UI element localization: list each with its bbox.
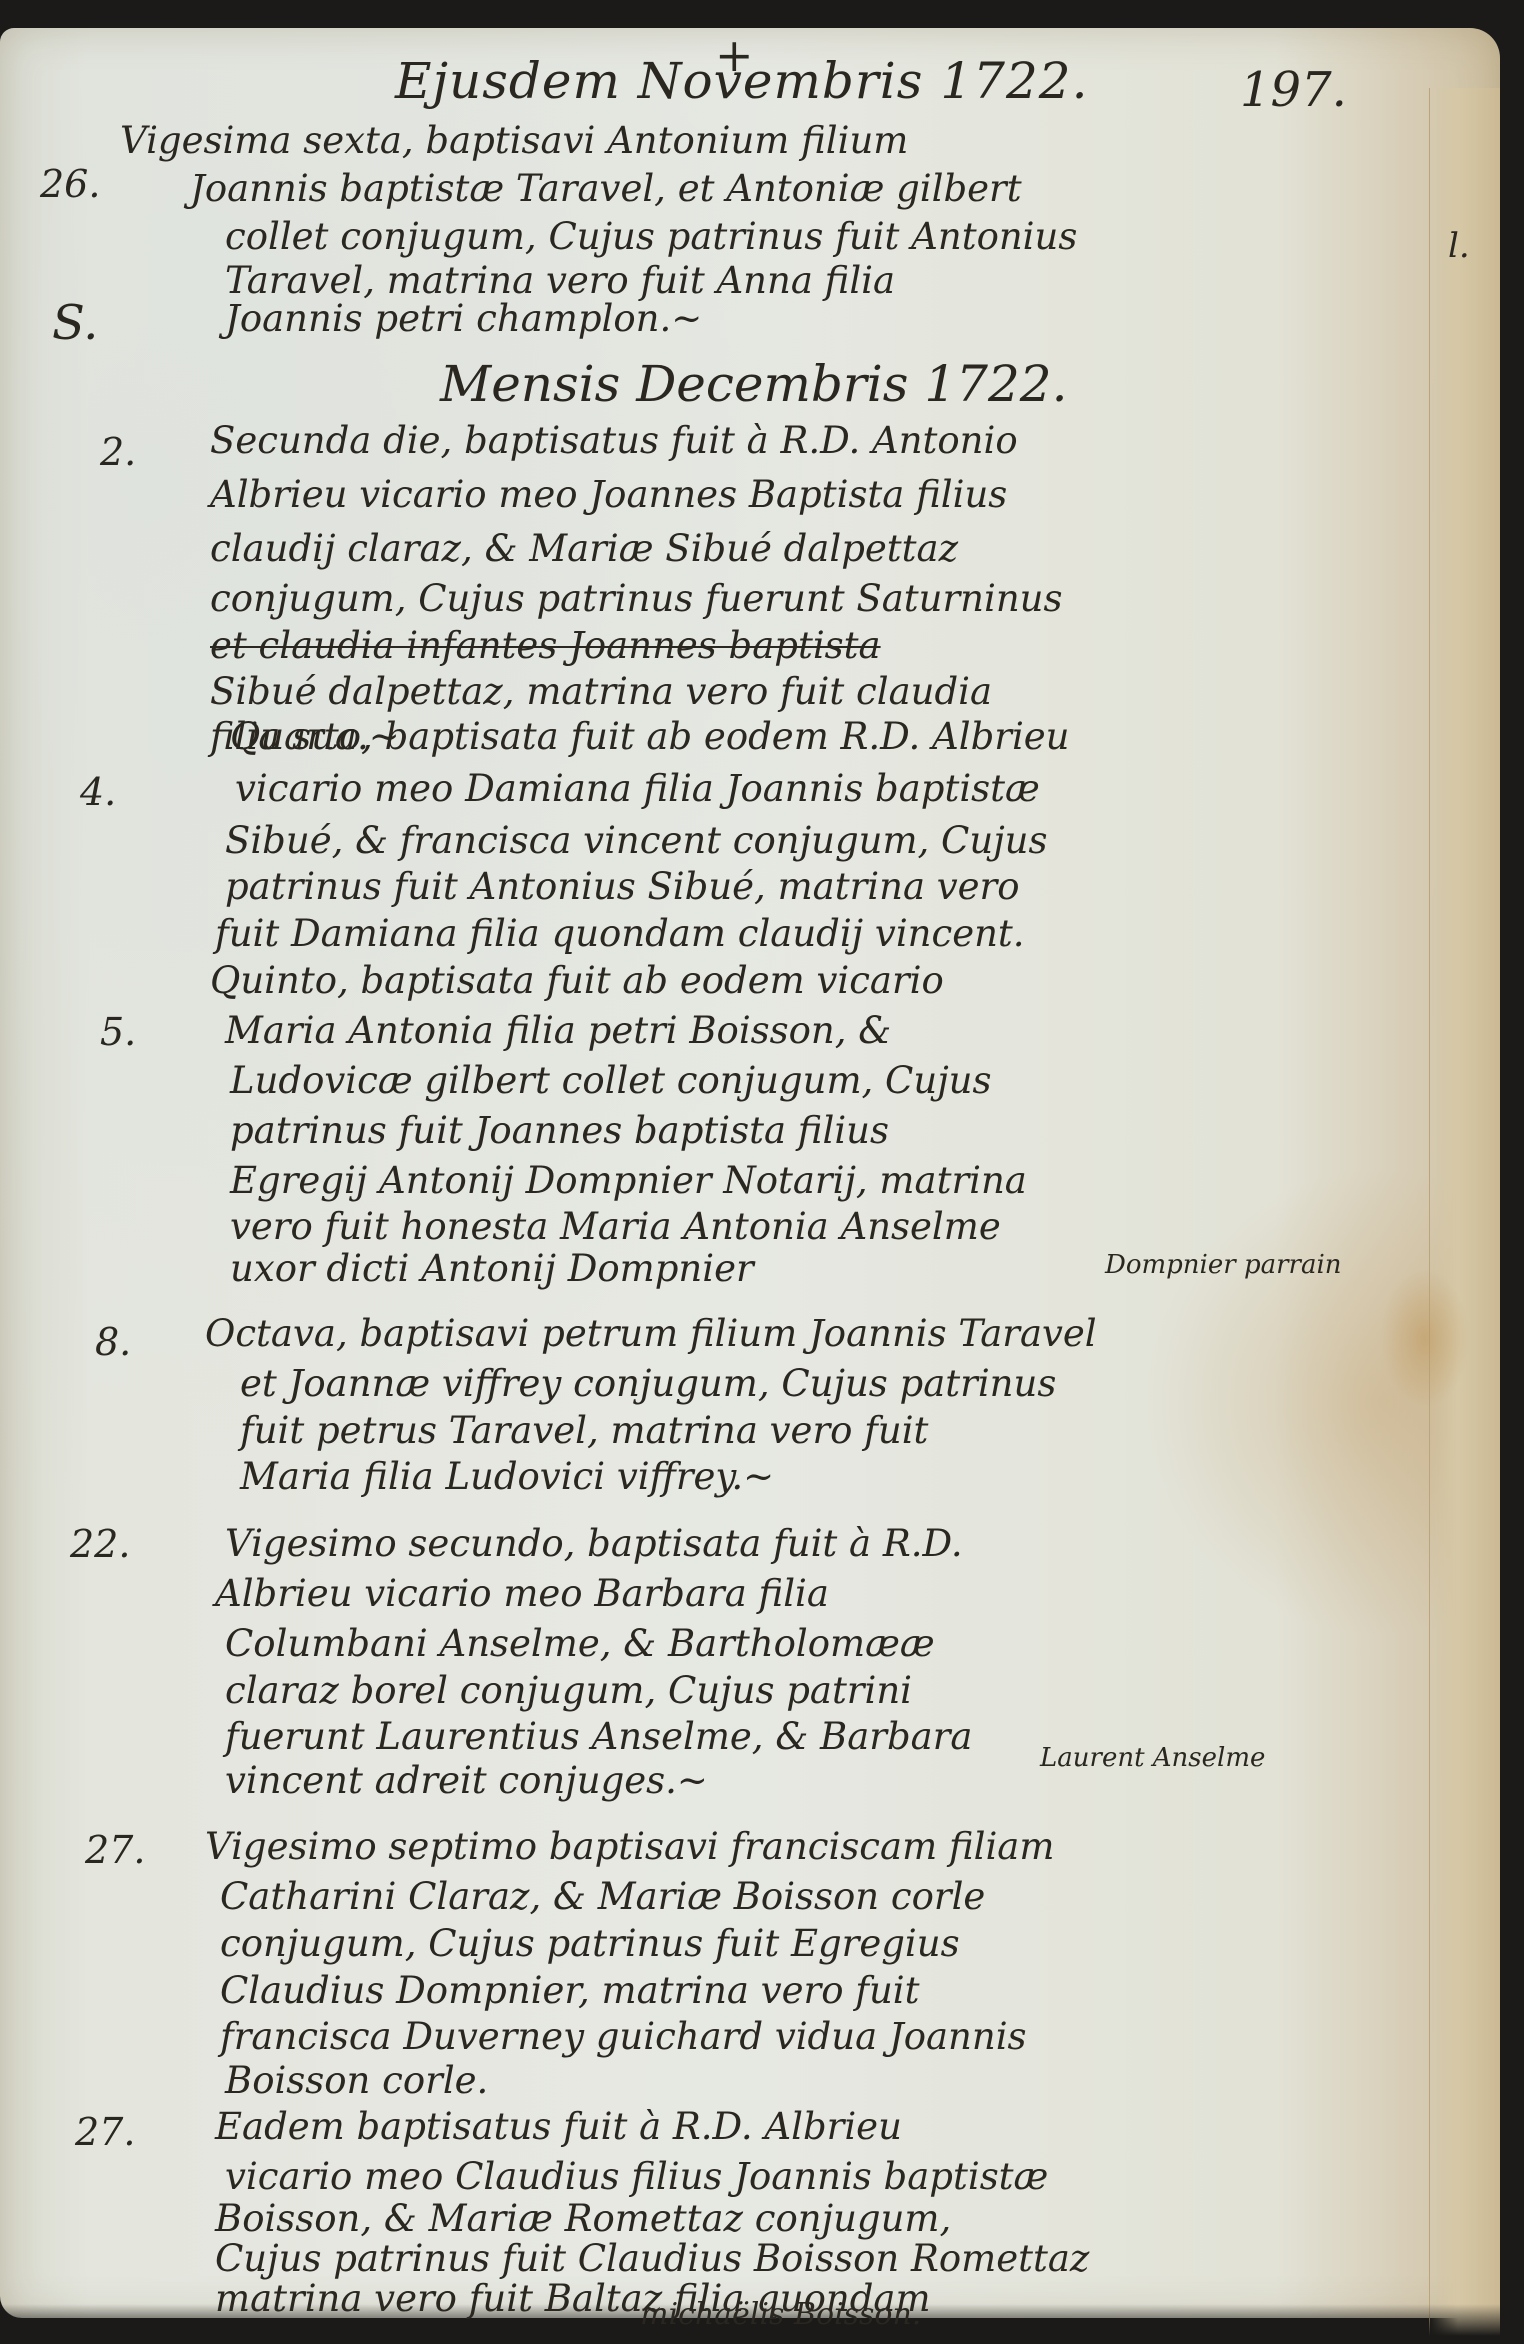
entry-line: Maria filia Ludovici viffrey.~ [240, 1458, 774, 1495]
entry-line: Quarto, baptisata fuit ab eodem R.D. Alb… [230, 718, 1070, 755]
entry-line: Catharini Claraz, & Mariæ Boisson corle [220, 1878, 985, 1915]
entry-line: et Joannæ viffrey conjugum, Cujus patrin… [240, 1365, 1056, 1402]
entry-line: Cujus patrinus fuit Claudius Boisson Rom… [215, 2240, 1089, 2277]
entry-line: vicario meo Claudius filius Joannis bapt… [225, 2158, 1048, 2195]
entry-line: fuerunt Laurentius Anselme, & Barbara [225, 1718, 972, 1755]
entry-line: Octava, baptisavi petrum filium Joannis … [205, 1315, 1097, 1352]
entry-line: collet conjugum, Cujus patrinus fuit Ant… [225, 218, 1077, 255]
entry-line: Sibué dalpettaz, matrina vero fuit claud… [210, 673, 992, 710]
entry-line: fuit petrus Taravel, matrina vero fuit [240, 1412, 928, 1449]
entry-line: Ludovicæ gilbert collet conjugum, Cujus [230, 1062, 991, 1099]
entry-line: patrinus fuit Joannes baptista filius [230, 1112, 889, 1149]
entry-line: vicario meo Damiana filia Joannis baptis… [235, 770, 1040, 807]
entry-day: 4. [80, 770, 116, 814]
entry-line: Egregij Antonij Dompnier Notarij, matrin… [230, 1162, 1027, 1199]
entry-day: 8. [95, 1320, 131, 1364]
entry-line: Albrieu vicario meo Joannes Baptista fil… [210, 476, 1007, 513]
entry-day: 5. [100, 1010, 136, 1054]
entry-day: 26. [40, 162, 100, 206]
entry-line: Claudius Dompnier, matrina vero fuit [220, 1972, 919, 2009]
entry-line: Secunda die, baptisatus fuit à R.D. Anto… [210, 422, 1018, 459]
entry-line: Eadem baptisatus fuit à R.D. Albrieu [215, 2108, 902, 2145]
water-stain [1380, 1268, 1470, 1408]
entry-line: Joannis petri champlon.~ [225, 300, 702, 337]
margin-mark: l. [1448, 226, 1470, 266]
margin-mark: S. [52, 295, 98, 351]
signature: Dompnier parrain [1105, 1252, 1342, 1278]
entry-line: conjugum, Cujus patrinus fuerunt Saturni… [210, 580, 1062, 617]
entry-line: Maria Antonia filia petri Boisson, & [225, 1012, 891, 1049]
entry-line: Boisson, & Mariæ Romettaz conjugum, [215, 2200, 951, 2237]
entry-line: fuit Damiana filia quondam claudij vince… [215, 915, 1025, 952]
entry-line: Boisson corle. [225, 2062, 488, 2099]
entry-line: claraz borel conjugum, Cujus patrini [225, 1672, 912, 1709]
entry-line: Taravel, matrina vero fuit Anna filia [225, 262, 895, 299]
entry-line: Albrieu vicario meo Barbara filia [215, 1575, 829, 1612]
month-heading: Mensis Decembris 1722. [440, 355, 1067, 413]
entry-line: francisca Duverney guichard vidua Joanni… [220, 2018, 1027, 2055]
entry-line: michaëlis Boisson. [640, 2300, 921, 2330]
entry-line: Vigesimo secundo, baptisata fuit à R.D. [225, 1525, 963, 1562]
entry-day: 27. [75, 2110, 135, 2154]
signature: Laurent Anselme [1040, 1745, 1265, 1771]
entry-line: conjugum, Cujus patrinus fuit Egregius [220, 1925, 960, 1962]
folio-number: 197. [1240, 62, 1347, 118]
entry-day: 22. [70, 1522, 130, 1566]
page-edge [1429, 88, 1500, 2338]
page-header: Ejusdem Novembris 1722. [395, 52, 1088, 110]
entry-line-struck: et claudia infantes Joannes baptista [210, 627, 881, 664]
entry-line: Vigesima sexta, baptisavi Antonium filiu… [120, 122, 908, 159]
entry-line: uxor dicti Antonij Dompnier [230, 1250, 754, 1287]
entry-day: 27. [85, 1828, 145, 1872]
entry-line: vero fuit honesta Maria Antonia Anselme [230, 1208, 1001, 1245]
entry-day: 2. [100, 430, 136, 474]
entry-line: Quinto, baptisata fuit ab eodem vicario [210, 962, 944, 999]
entry-line: Columbani Anselme, & Bartholomææ [225, 1625, 935, 1662]
entry-line: vincent adreit conjuges.~ [225, 1762, 708, 1799]
entry-line: Joannis baptistæ Taravel, et Antoniæ gil… [190, 170, 1022, 207]
entry-line: Sibué, & francisca vincent conjugum, Cuj… [225, 822, 1048, 859]
entry-line: patrinus fuit Antonius Sibué, matrina ve… [225, 868, 1020, 905]
entry-line: Vigesimo septimo baptisavi franciscam fi… [205, 1828, 1054, 1865]
entry-line: claudij claraz, & Mariæ Sibué dalpettaz [210, 530, 958, 567]
